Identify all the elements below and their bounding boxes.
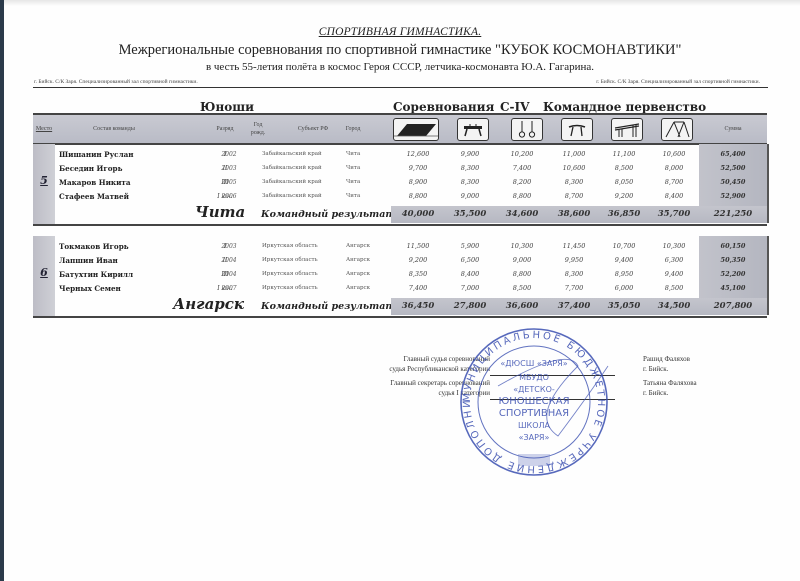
athlete-year: 2004 [212,268,246,281]
athlete-year: 2003 [212,162,246,175]
team-apparatus-score: 36,600 [497,298,547,315]
apparatus-score: 10,600 [649,148,699,161]
apparatus-score: 5,900 [445,240,495,253]
apparatus-score: 8,700 [649,176,699,189]
apparatus-score: 7,700 [549,282,599,295]
venue-left: г. Бийск. С/К Заря. Специализированный з… [34,79,198,85]
scan-top-shadow [0,0,800,6]
stamp-line: «ДЕТСКО- [513,385,555,394]
athlete-row: Макаров НикитаIII2005Забайкальский крайЧ… [33,176,767,189]
apparatus-score: 10,300 [649,240,699,253]
athlete-row: Стафеев МатвейI юн.2006Забайкальский кра… [33,190,767,203]
team-city: Чита [195,203,245,221]
athlete-city: Ангарск [346,268,370,281]
floor-exercise-icon [393,118,439,141]
apparatus-score: 8,050 [599,176,649,189]
athlete-city: Чита [346,148,360,161]
athlete-city: Ангарск [346,282,370,295]
team-apparatus-score: 35,500 [445,206,495,223]
apparatus-score: 8,300 [445,176,495,189]
pommel-horse-icon [457,118,489,141]
signatory-name: Рашид Фаляхов [643,355,690,363]
col-year: Год рожд. [246,115,270,143]
apparatus-score: 8,500 [497,282,547,295]
apparatus-score: 11,000 [549,148,599,161]
apparatus-score: 7,400 [393,282,443,295]
vault-icon [561,118,593,141]
col-place: Место [33,115,55,143]
athlete-year: 2007 [212,282,246,295]
apparatus-score: 8,400 [649,190,699,203]
apparatus-score: 11,450 [549,240,599,253]
apparatus-score: 12,600 [393,148,443,161]
athlete-city: Ангарск [346,240,370,253]
athlete-name: Батухтин Кирилл [59,268,133,281]
signatory-name: Татьяна Фаляхова [643,379,697,387]
apparatus-score: 7,400 [497,162,547,175]
athlete-row: Шишанин РусланI2002Забайкальский крайЧит… [33,148,767,161]
team-apparatus-score: 36,850 [599,206,649,223]
athlete-row: Черных СеменI юн.2007Иркутская областьАн… [33,282,767,295]
stamp-line: «ЗАРЯ» [519,433,550,442]
athlete-year: 2005 [212,176,246,189]
apparatus-score: 6,000 [599,282,649,295]
apparatus-score: 9,700 [393,162,443,175]
signatory-city: г. Бийск. [643,389,668,397]
athlete-city: Чита [346,176,360,189]
athlete-year: 2006 [212,190,246,203]
rings-icon [511,118,543,141]
apparatus-score: 11,100 [599,148,649,161]
apparatus-score: 10,300 [497,240,547,253]
apparatus-score: 8,200 [497,176,547,189]
apparatus-score: 10,700 [599,240,649,253]
athlete-total: 52,200 [699,268,767,281]
athlete-city: Чита [346,162,360,175]
athlete-name: Шишанин Руслан [59,148,134,161]
athlete-region: Забайкальский край [262,162,322,175]
competition-heading: Соревнования [393,100,494,114]
apparatus-score: 8,900 [393,176,443,189]
team-apparatus-score: 35,700 [649,206,699,223]
team-apparatus-score: 35,050 [599,298,649,315]
team-block: 5Шишанин РусланI2002Забайкальский крайЧи… [33,144,767,226]
team-result-label: Командный результат [261,301,395,312]
apparatus-score: 8,800 [497,190,547,203]
athlete-year: 2002 [212,148,246,161]
team-total: 207,800 [699,298,767,315]
apparatus-score: 9,000 [497,254,547,267]
athlete-row: Лапшин ИванII2004Иркутская областьАнгарс… [33,254,767,267]
official-stamp: МУНИЦИПАЛЬНОЕ БЮДЖЕТНОЕ УЧРЕЖДЕНИЕ ДОПОЛ… [458,326,610,478]
athlete-name: Черных Семен [59,282,121,295]
athlete-name: Макаров Никита [59,176,131,189]
apparatus-score: 8,500 [599,162,649,175]
apparatus-score: 9,000 [445,190,495,203]
team-apparatus-score: 40,000 [393,206,443,223]
team-apparatus-score: 36,450 [393,298,443,315]
athlete-region: Иркутская область [262,282,318,295]
stamp-line: СПОРТИВНАЯ [499,408,569,419]
apparatus-score: 6,500 [445,254,495,267]
athlete-name: Стафеев Матвей [59,190,129,203]
team-apparatus-score: 34,600 [497,206,547,223]
team-result-label: Командный результат [261,209,395,220]
athlete-city: Чита [346,190,360,203]
apparatus-score: 9,200 [393,254,443,267]
team-result-row: ЧитаКомандный результат40,00035,50034,60… [33,206,767,223]
stamp-line: МБУДО [519,373,549,382]
col-city: Город [333,115,373,143]
column-header-bar: Место Состав команды Разряд Год рожд. Су… [33,113,767,145]
athlete-total: 52,900 [699,190,767,203]
apparatus-score: 8,700 [549,190,599,203]
venue-right: г. Бийск. С/К Заря. Специализированный з… [596,79,760,85]
athlete-total: 65,400 [699,148,767,161]
athlete-region: Иркутская область [262,268,318,281]
apparatus-score: 9,950 [549,254,599,267]
team-total: 221,250 [699,206,767,223]
athlete-region: Иркутская область [262,240,318,253]
parallel-bars-icon [611,118,643,141]
header-rule [33,87,768,88]
athlete-year: 2003 [212,240,246,253]
team-apparatus-score: 27,800 [445,298,495,315]
col-sum: Сумма [699,115,767,143]
athlete-name: Беседин Игорь [59,162,122,175]
high-bar-icon [661,118,693,141]
sub-title: в честь 55-летия полёта в космос Героя С… [0,61,800,73]
apparatus-score: 8,500 [649,282,699,295]
athlete-total: 50,450 [699,176,767,189]
sport-title: СПОРТИВНАЯ ГИМНАСТИКА. [0,26,800,38]
apparatus-score: 8,300 [445,162,495,175]
team-apparatus-score: 38,600 [549,206,599,223]
apparatus-score: 6,300 [649,254,699,267]
apparatus-score: 8,300 [549,176,599,189]
col-team: Состав команды [59,115,169,143]
athlete-row: Беседин ИгорьII2003Забайкальский крайЧит… [33,162,767,175]
team-apparatus-score: 37,400 [549,298,599,315]
apparatus-score: 8,300 [549,268,599,281]
signatory-city: г. Бийск. [643,365,668,373]
athlete-row: Батухтин КириллIII2004Иркутская областьА… [33,268,767,281]
apparatus-score: 8,350 [393,268,443,281]
athlete-total: 45,100 [699,282,767,295]
athlete-city: Ангарск [346,254,370,267]
athlete-region: Забайкальский край [262,176,322,189]
apparatus-score: 11,500 [393,240,443,253]
apparatus-score: 10,200 [497,148,547,161]
apparatus-score: 8,800 [497,268,547,281]
athlete-year: 2004 [212,254,246,267]
stamp-line: ЮНОШЕСКАЯ [498,396,569,407]
apparatus-score: 8,400 [445,268,495,281]
athlete-row: Токмаков ИгорьI2003Иркутская областьАнга… [33,240,767,253]
athlete-region: Забайкальский край [262,190,322,203]
apparatus-score: 8,000 [649,162,699,175]
class-heading: С-IV [500,100,529,114]
athlete-name: Лапшин Иван [59,254,118,267]
apparatus-score: 8,950 [599,268,649,281]
group-heading: Юноши [200,100,254,114]
scan-left-edge [0,0,4,581]
athlete-total: 50,350 [699,254,767,267]
team-rule [33,224,767,226]
athlete-region: Иркутская область [262,254,318,267]
apparatus-score: 9,400 [599,254,649,267]
apparatus-score: 9,400 [649,268,699,281]
stamp-line: ШКОЛА [518,421,551,430]
team-rule [33,316,767,318]
team-block: 6Токмаков ИгорьI2003Иркутская областьАнг… [33,236,767,318]
athlete-name: Токмаков Игорь [59,240,129,253]
apparatus-score: 9,900 [445,148,495,161]
athlete-total: 52,500 [699,162,767,175]
apparatus-score: 9,200 [599,190,649,203]
team-city: Ангарск [173,295,244,313]
apparatus-score: 8,800 [393,190,443,203]
team-result-row: АнгарскКомандный результат36,45027,80036… [33,298,767,315]
team-apparatus-score: 34,500 [649,298,699,315]
athlete-total: 60,150 [699,240,767,253]
type-heading: Командное первенство [543,100,706,114]
athlete-region: Забайкальский край [262,148,322,161]
apparatus-score: 10,600 [549,162,599,175]
apparatus-score: 7,000 [445,282,495,295]
main-title: Межрегиональные соревнования по спортивн… [0,42,800,59]
col-rank: Разряд [205,115,245,143]
